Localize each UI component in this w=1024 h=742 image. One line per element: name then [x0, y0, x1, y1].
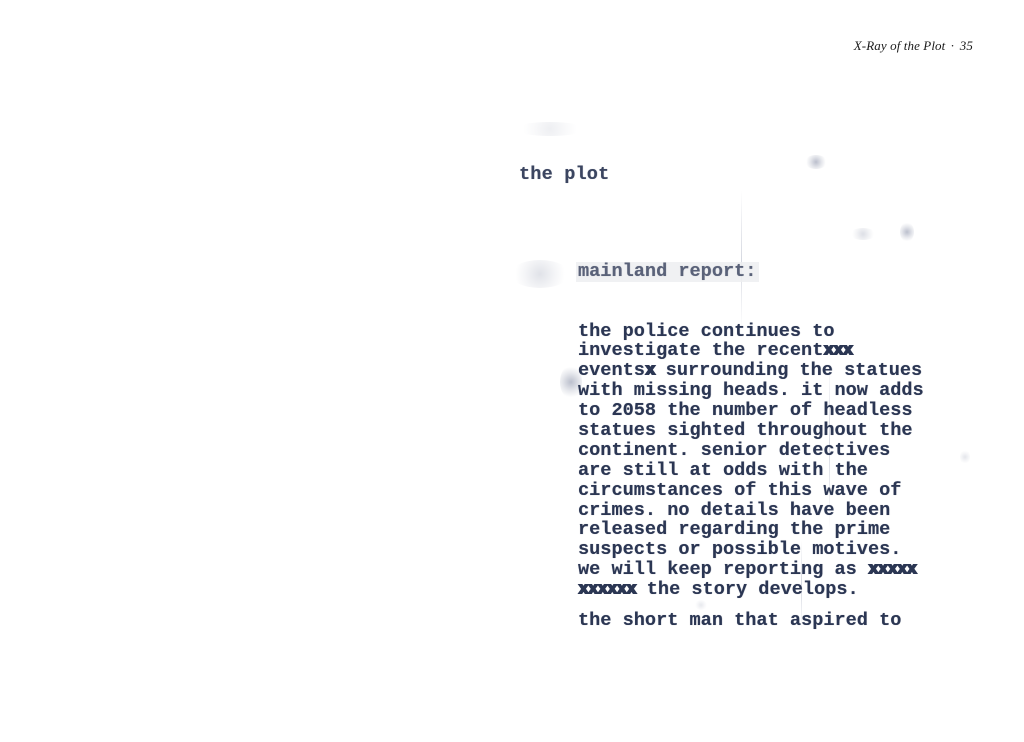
typed-text: events: [578, 360, 645, 381]
typed-text: circumstances of this wave of: [578, 480, 901, 501]
struck-out-text: xxxxxx: [578, 579, 636, 600]
report-line: released regarding the prime: [578, 520, 924, 540]
report-line: statues sighted throughout the: [578, 421, 924, 441]
running-head-separator: ·: [950, 38, 954, 54]
report-line: crimes. no details have been: [578, 501, 924, 521]
running-head: X-Ray of the Plot·35: [854, 38, 973, 54]
ink-smudge: [510, 260, 570, 288]
report-body: the police continues toinvestigate the r…: [578, 322, 924, 600]
report-line: circumstances of this wave of: [578, 481, 924, 501]
page-number: 35: [960, 38, 973, 53]
report-line: xxxxxx the story develops.: [578, 580, 924, 600]
report-line: are still at odds with the: [578, 461, 924, 481]
typed-text: we will keep reporting as: [578, 559, 868, 580]
report-line: the police continues to: [578, 322, 924, 342]
report-line: suspects or possible motives.: [578, 540, 924, 560]
typed-text: continent. senior detectives: [578, 440, 890, 461]
book-spread: X-Ray of the Plot·35 the plot mainland r…: [0, 0, 1024, 742]
struck-out-text: x: [645, 360, 655, 381]
typed-text: the police continues to: [578, 321, 835, 342]
typed-text: statues sighted throughout the: [578, 420, 913, 441]
section-title: the plot: [519, 164, 609, 185]
report-heading: mainland report:: [576, 262, 759, 282]
next-entry-line: the short man that aspired to: [578, 610, 901, 631]
ink-smudge: [515, 122, 585, 136]
report-line: investigate the recentxxx: [578, 341, 924, 361]
running-head-title: X-Ray of the Plot: [854, 38, 946, 53]
ink-speck: [805, 155, 827, 169]
typed-text: released regarding the prime: [578, 519, 890, 540]
report-line: continent. senior detectives: [578, 441, 924, 461]
typed-text: to 2058 the number of headless: [578, 400, 913, 421]
report-line: we will keep reporting as xxxxx: [578, 560, 924, 580]
report-heading-line: mainland report:: [578, 262, 924, 282]
typed-text: suspects or possible motives.: [578, 539, 901, 560]
ink-speck: [960, 450, 970, 464]
typed-text: the story develops.: [636, 579, 859, 600]
mainland-report: mainland report: the police continues to…: [578, 222, 924, 640]
typed-text: crimes. no details have been: [578, 500, 890, 521]
report-line: to 2058 the number of headless: [578, 401, 924, 421]
report-line: eventsx surrounding the statues: [578, 361, 924, 381]
typed-text: investigate the recent: [578, 340, 823, 361]
typed-text: surrounding the statues: [655, 360, 923, 381]
typed-text: with missing heads. it now adds: [578, 380, 924, 401]
struck-out-text: xxx: [823, 340, 852, 361]
typed-text: are still at odds with the: [578, 460, 868, 481]
struck-out-text: xxxxx: [868, 559, 916, 580]
report-line: with missing heads. it now adds: [578, 381, 924, 401]
